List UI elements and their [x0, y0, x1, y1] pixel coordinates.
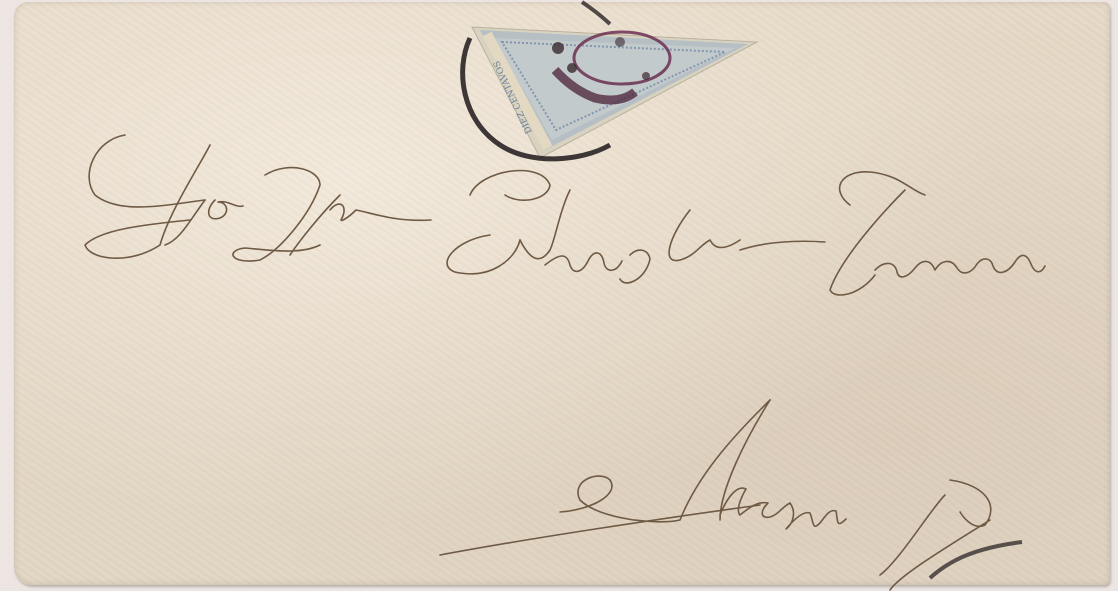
ink-smudge — [930, 542, 1022, 578]
envelope-markings: DIEZ CENTAVOS Sor Dor Eduardo Zavera — [0, 0, 1118, 591]
handwriting-city — [440, 400, 991, 590]
